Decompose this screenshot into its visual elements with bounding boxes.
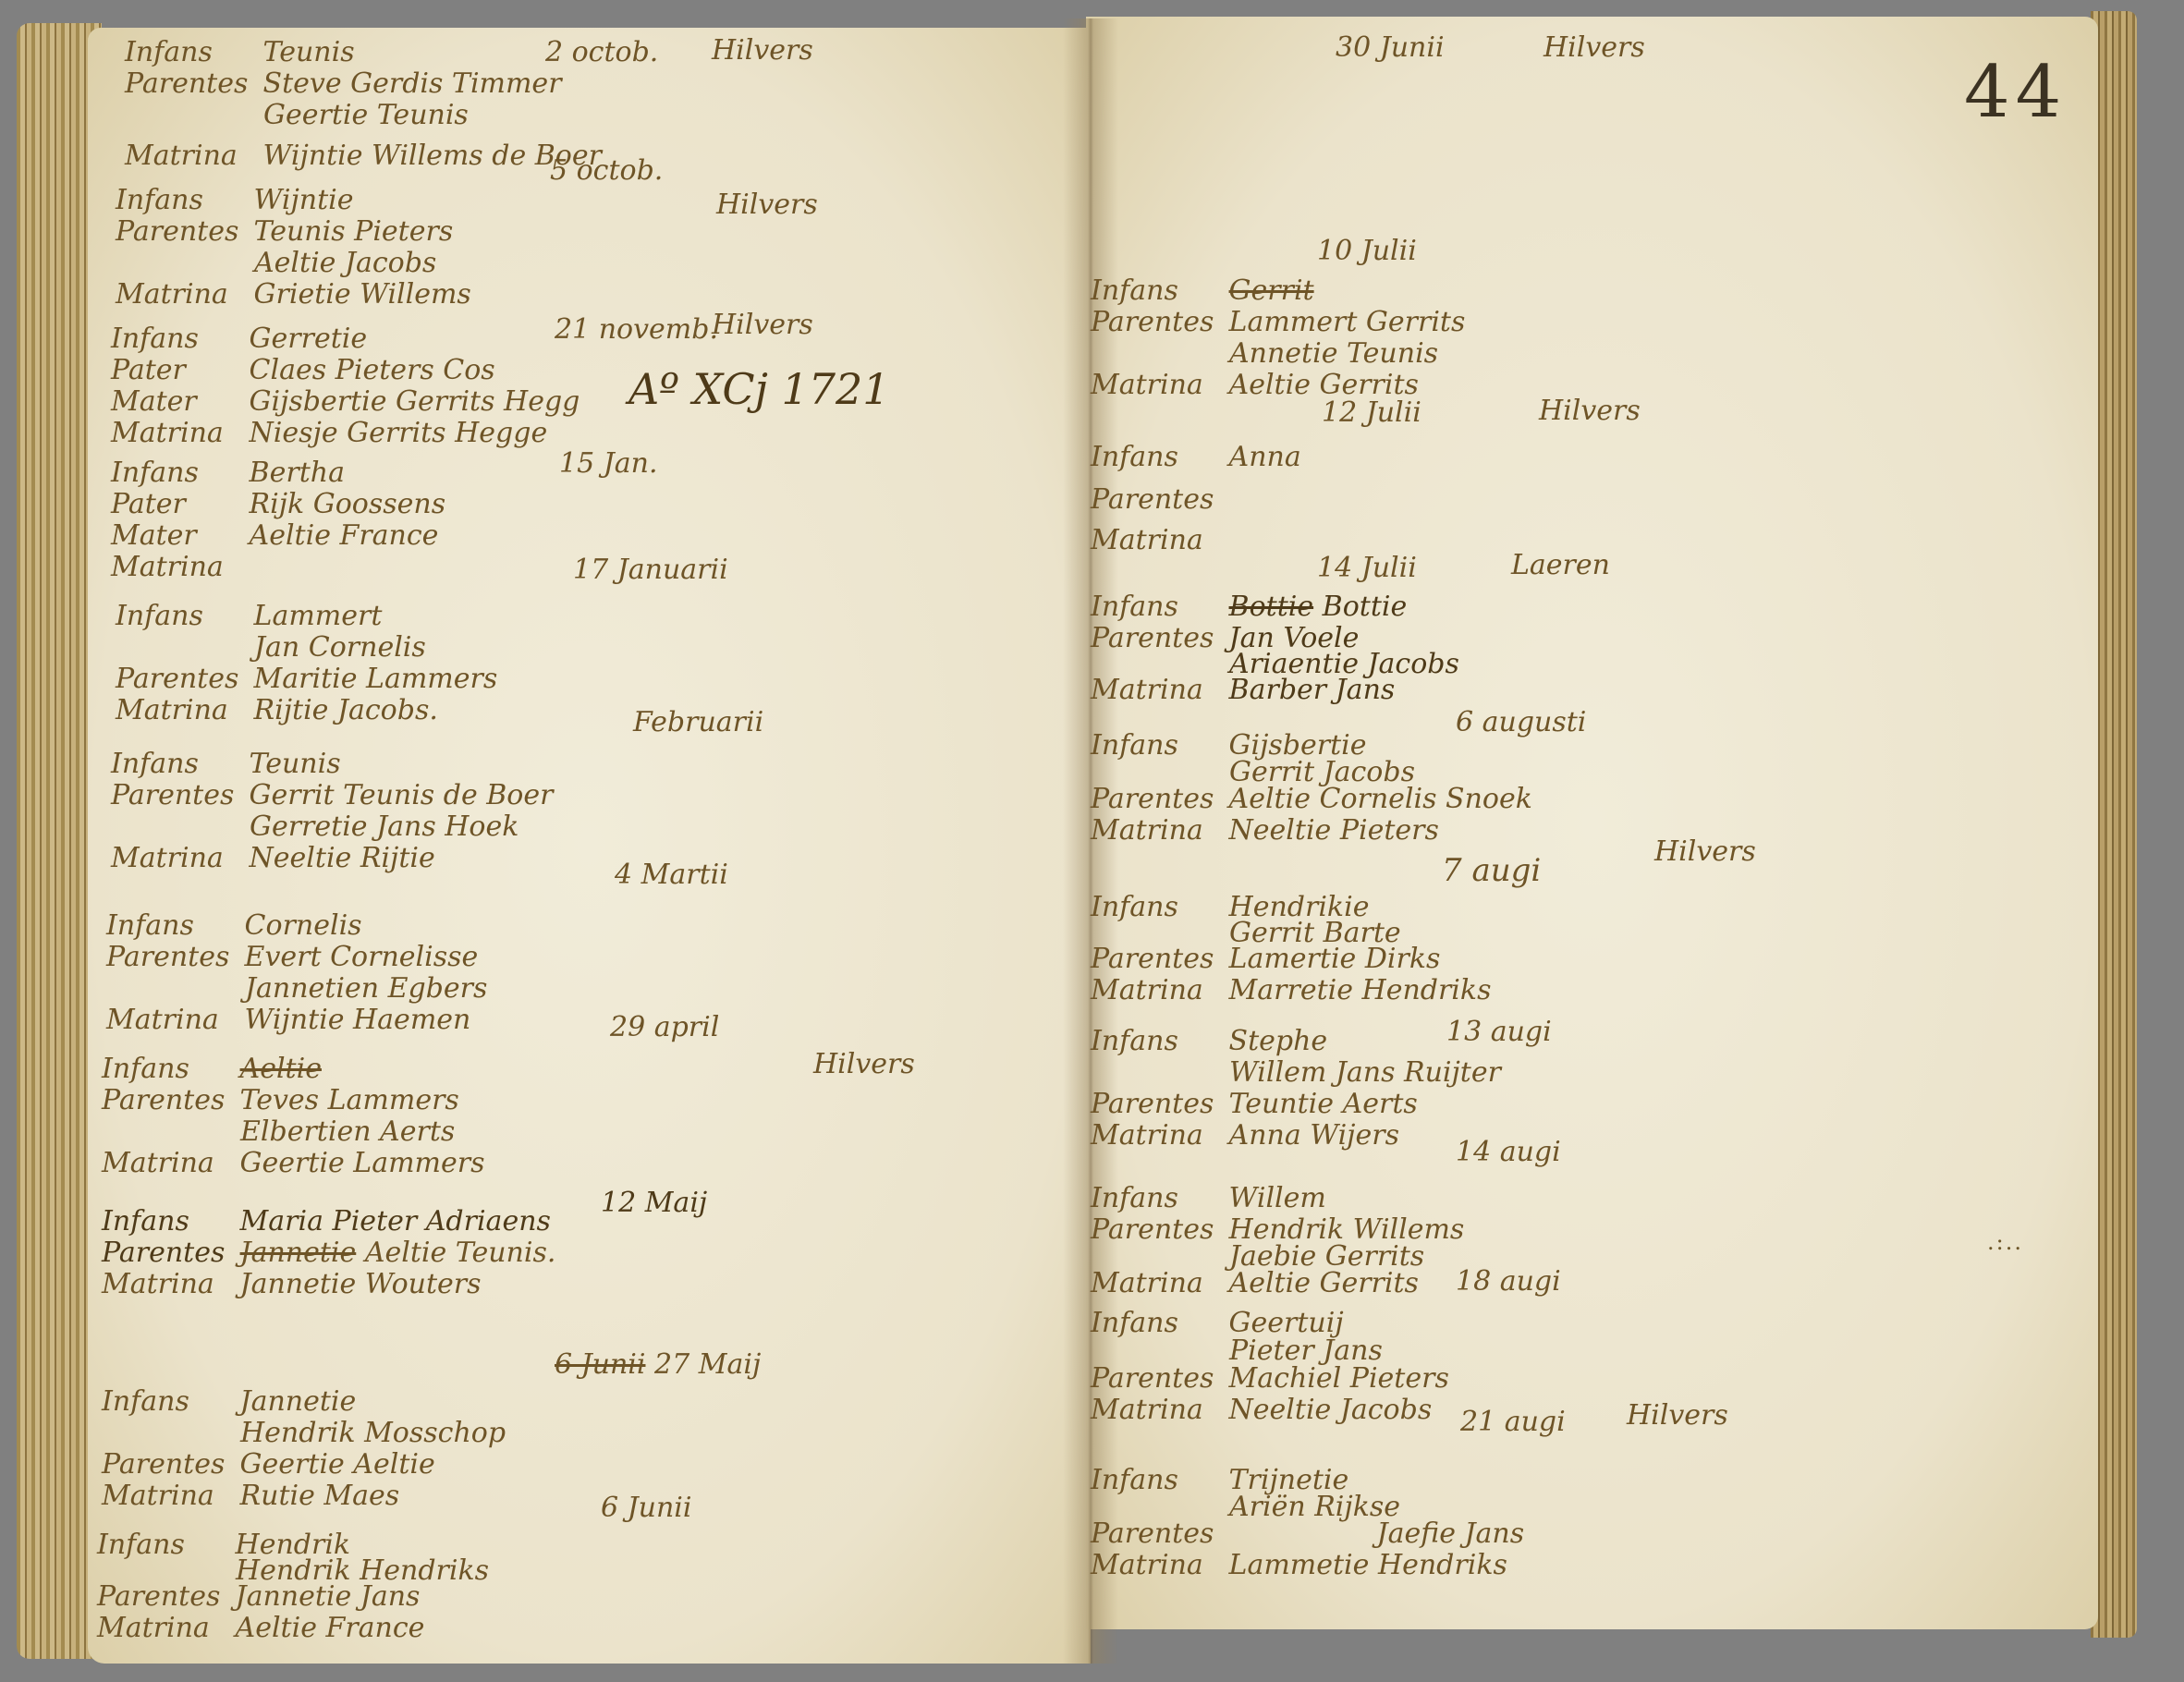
matrina-label: Matrina: [1091, 1268, 1220, 1299]
parentes-label: Parentes: [1091, 1214, 1220, 1246]
parent-name: Gerrit Teunis de Boer: [250, 779, 554, 811]
infans-label: Infans: [116, 601, 245, 632]
infans-name: Willem: [1229, 1182, 1326, 1214]
register-entry: Infans Teunis Parentes Gerrit Teunis de …: [111, 749, 553, 874]
matrina-name: Neeltie Pieters: [1229, 814, 1439, 847]
entry-date: 7 augi: [1442, 855, 1541, 886]
register-entry: Infans Wijntie Parentes Teunis Pieters A…: [116, 185, 471, 311]
parent-name: Maritie Lammers: [254, 663, 498, 695]
register-entry: Infans Gerretie Pater Claes Pieters Cos …: [111, 323, 580, 449]
infans-label: Infans: [102, 1206, 231, 1237]
pater-name: Claes Pieters Cos: [250, 354, 495, 386]
infans-label: Infans: [1091, 1183, 1220, 1214]
matrina-label: Matrina: [116, 279, 245, 311]
mater-label: Mater: [111, 520, 240, 552]
entry-date: 12 Maij: [601, 1188, 707, 1219]
matrina-name: Barber Jans: [1229, 674, 1396, 706]
matrina-name: Rijtie Jacobs.: [254, 694, 438, 726]
infans-label: Infans: [106, 910, 236, 942]
struck-date: 6 Junii: [555, 1348, 645, 1381]
matrina-label: Matrina: [102, 1481, 231, 1512]
entry-date: 17 Januarii: [573, 555, 728, 586]
mater-name: Aeltie France: [250, 519, 439, 552]
parentes-label: Parentes: [111, 780, 240, 811]
infans-label: Infans: [116, 185, 245, 216]
parent-name: Geertie Teunis: [263, 99, 469, 131]
infans-name: Gerretie: [250, 323, 368, 355]
mater-label: Mater: [111, 386, 240, 418]
register-entry: Infans Willem Parentes Hendrik Willems J…: [1091, 1183, 1464, 1299]
matrina-name: Geertie Lammers: [240, 1147, 485, 1179]
parent-name: Aeltie Cornelis Snoek: [1229, 783, 1532, 815]
infans-label: Infans: [102, 1054, 231, 1085]
register-entry: Infans Anna Parentes Matrina: [1091, 442, 1301, 556]
entry-date: 14 augi: [1456, 1137, 1561, 1168]
matrina-name: Aeltie France: [236, 1612, 425, 1644]
matrina-name: Aeltie Gerrits: [1229, 1267, 1419, 1299]
infans-label: Infans: [125, 37, 254, 68]
parentes-label: Parentes: [1091, 484, 1220, 516]
date-value: 27 Maij: [654, 1348, 761, 1381]
matrina-name: Anna Wijers: [1229, 1119, 1399, 1152]
entry-date: 30 Junii: [1336, 32, 1445, 64]
register-entry: Infans Lammert Jan Cornelis Parentes Mar…: [116, 601, 497, 726]
pater-label: Pater: [111, 489, 240, 520]
pater-label: Pater: [111, 355, 240, 386]
infans-label: Infans: [1091, 591, 1220, 623]
parent-name: Teunis Pieters: [254, 215, 454, 248]
entry-date: 10 Julii: [1317, 236, 1417, 267]
infans-label: Infans: [1091, 1465, 1220, 1496]
infans-name: Gerrit: [1229, 274, 1314, 307]
entry-date: 4 Martii: [615, 859, 728, 891]
infans-label: Infans: [1091, 275, 1220, 307]
parent-name: Steve Gerdis Timmer: [263, 67, 562, 100]
pater-name: Rijk Goossens: [250, 488, 446, 520]
matrina-name: Wijntie Haemen: [245, 1004, 471, 1036]
infans-name: Wijntie: [254, 184, 354, 216]
register-entry: Infans Geertuij Pieter Jans Parentes Mac…: [1091, 1308, 1449, 1426]
infans-label: Infans: [111, 457, 240, 489]
entry-date: 21 novemb.: [555, 314, 718, 346]
parent-name: Aeltie Jacobs: [254, 247, 436, 279]
entry-date: 5 octob.: [550, 155, 663, 187]
parent-name: Teuntie Aerts: [1229, 1088, 1418, 1120]
entry-place: Hilvers: [1543, 32, 1645, 64]
infans-name: Cornelis: [245, 909, 362, 942]
infans-label: Infans: [1091, 730, 1220, 762]
parentes-label: Parentes: [102, 1237, 231, 1269]
parentes-label: Parentes: [1091, 1363, 1220, 1395]
infans-label: Infans: [1091, 892, 1220, 923]
parent-name: Lamertie Dirks: [1229, 943, 1441, 975]
infans-label: Infans: [1091, 1026, 1220, 1057]
parent-name: Aeltie Teunis.: [365, 1237, 556, 1269]
parent-name: Jannetie Jans: [236, 1580, 421, 1613]
parent-name: Jannetien Egbers: [245, 972, 487, 1005]
infans-label: Infans: [111, 323, 240, 355]
infans-name: Teunis: [263, 36, 355, 68]
page-number: 44: [1964, 51, 2067, 134]
entry-date: 14 Julii: [1317, 553, 1417, 584]
entry-place: Hilvers: [712, 310, 813, 341]
entry-date: 6 Junii 27 Maij: [555, 1349, 761, 1381]
register-entry: Infans Jannetie Hendrik Mosschop Parente…: [102, 1386, 506, 1512]
parent-name: Hendrik Mosschop: [240, 1417, 506, 1449]
entry-place: Hilvers: [712, 35, 813, 67]
entry-date: 29 april: [610, 1012, 719, 1043]
infans-name: Anna: [1229, 441, 1301, 473]
entry-date: 12 Julii: [1322, 397, 1421, 429]
register-entry: Infans Teunis Parentes Steve Gerdis Timm…: [125, 37, 602, 172]
register-entry: Infans Hendrikie Gerrit Barte Parentes L…: [1091, 892, 1491, 1006]
parent-name: Jan Cornelis: [254, 631, 426, 664]
matrina-label: Matrina: [97, 1613, 226, 1644]
parentes-label: Parentes: [1091, 1089, 1220, 1120]
infans-label: Infans: [1091, 1308, 1220, 1339]
infans-name: Bertha: [250, 457, 345, 489]
entry-place: Hilvers: [1539, 396, 1641, 427]
parentes-label: Parentes: [116, 216, 245, 248]
parent-name: Gerretie Jans Hoek: [250, 811, 519, 843]
parentes-label: Parentes: [106, 942, 236, 973]
infans-name: Lammert: [254, 600, 383, 632]
register-entry: Infans Stephe Willem Jans Ruijter Parent…: [1091, 1026, 1501, 1152]
entry-place: Hilvers: [813, 1049, 915, 1080]
infans-name: Teunis: [250, 748, 341, 780]
matrina-label: Matrina: [102, 1148, 231, 1179]
parentes-label: Parentes: [1091, 944, 1220, 975]
entry-place: Hilvers: [1654, 836, 1756, 868]
parentes-label: Parentes: [102, 1449, 231, 1481]
parentes-label: Parentes: [125, 68, 254, 100]
entry-date: 2 octob.: [545, 37, 658, 68]
parentes-label: Parentes: [1091, 623, 1220, 654]
register-entry: Infans Maria Pieter Adriaens Parentes Ja…: [102, 1206, 555, 1300]
matrina-label: Matrina: [1091, 1120, 1220, 1152]
parent-name: Pieter Adriaens: [333, 1205, 551, 1237]
entry-date: Februarii: [633, 707, 763, 738]
matrina-label: Matrina: [1091, 675, 1220, 706]
matrina-label: Matrina: [111, 843, 240, 874]
matrina-name: Jannetie Wouters: [240, 1268, 482, 1300]
infans-label: Infans: [1091, 442, 1220, 473]
struck-name: Jannetie: [240, 1237, 357, 1269]
register-entry: Infans Cornelis Parentes Evert Corneliss…: [106, 910, 487, 1036]
entry-place: Laeren: [1511, 550, 1610, 581]
infans-name: Aeltie: [240, 1053, 322, 1085]
matrina-label: Matrina: [1091, 815, 1220, 847]
infans-label: Infans: [97, 1530, 226, 1561]
matrina-label: Matrina: [1091, 1550, 1220, 1581]
matrina-name: Rutie Maes: [240, 1480, 400, 1512]
parentes-label: Parentes: [1091, 784, 1220, 815]
ink-blot-marks: .:..: [1987, 1229, 2023, 1255]
register-entry: Infans Gerrit Parentes Lammert Gerrits A…: [1091, 275, 1465, 401]
matrina-label: Matrina: [111, 418, 240, 449]
parent-name: Annetie Teunis: [1229, 337, 1438, 370]
parent-name: Lammert Gerrits: [1229, 306, 1466, 338]
parentes-label: Parentes: [102, 1085, 231, 1116]
register-entry: Infans Trijnetie Ariën Rijkse Parentes J…: [1091, 1465, 1524, 1581]
parent-name: Elbertien Aerts: [240, 1115, 455, 1148]
matrina-name: Niesje Gerrits Hegge: [250, 417, 548, 449]
matrina-label: Matrina: [102, 1269, 231, 1300]
parent-name: Teves Lammers: [240, 1084, 459, 1116]
struck-name: Bottie: [1229, 591, 1314, 623]
matrina-name: Marretie Hendriks: [1229, 974, 1492, 1006]
entry-place: Hilvers: [1627, 1400, 1728, 1432]
infans-name: Jannetie: [240, 1385, 357, 1418]
register-entry: Infans Bertha Pater Rijk Goossens Mater …: [111, 457, 445, 583]
matrina-name: Lammetie Hendriks: [1229, 1549, 1507, 1581]
infans-name: Maria: [240, 1205, 323, 1237]
entry-date: 6 Junii: [601, 1493, 691, 1524]
parent-name: Willem Jans Ruijter: [1229, 1056, 1501, 1089]
infans-label: Infans: [102, 1386, 231, 1418]
matrina-label: Matrina: [106, 1005, 236, 1036]
parentes-label: Parentes: [97, 1581, 226, 1613]
entry-date: 18 augi: [1456, 1266, 1561, 1298]
register-entry: Infans Aeltie Parentes Teves Lammers Elb…: [102, 1054, 485, 1179]
year-heading: Aº XCj 1721: [628, 365, 890, 413]
register-entry: Infans Bottie Bottie Parentes Jan Voele …: [1091, 591, 1459, 706]
infans-label: Infans: [111, 749, 240, 780]
matrina-name: Neeltie Jacobs: [1229, 1394, 1433, 1426]
matrina-label: Matrina: [125, 140, 254, 172]
entry-date: 21 augi: [1460, 1407, 1566, 1438]
register-entry: Infans Hendrik Hendrik Hendriks Parentes…: [97, 1530, 489, 1644]
infans-name: Bottie: [1323, 591, 1408, 623]
matrina-label: Matrina: [1091, 525, 1220, 556]
matrina-name: Neeltie Rijtie: [250, 842, 435, 874]
matrina-label: Matrina: [1091, 370, 1220, 401]
entry-date: 15 Jan.: [559, 448, 657, 480]
matrina-label: Matrina: [1091, 1395, 1220, 1426]
register-entry: Infans Gijsbertie Gerrit Jacobs Parentes…: [1091, 730, 1532, 847]
matrina-label: Matrina: [1091, 975, 1220, 1006]
open-book: 44 Infans Teunis Parentes Steve Gerdis T…: [0, 0, 2184, 1682]
matrina-label: Matrina: [116, 695, 245, 726]
parent-name: Jaefie Jans: [1229, 1517, 1525, 1550]
matrina-label: Matrina: [111, 552, 240, 583]
matrina-name: Grietie Willems: [254, 278, 471, 311]
parent-name: Machiel Pieters: [1229, 1362, 1449, 1395]
parentes-label: Parentes: [1091, 1518, 1220, 1550]
parent-name: Evert Cornelisse: [245, 941, 479, 973]
parentes-label: Parentes: [116, 664, 245, 695]
mater-name: Gijsbertie Gerrits Hegg: [250, 385, 580, 418]
parent-name: Geertie Aeltie: [240, 1448, 435, 1481]
parentes-label: Parentes: [1091, 307, 1220, 338]
infans-name: Stephe: [1229, 1025, 1328, 1057]
entry-place: Hilvers: [716, 189, 818, 221]
